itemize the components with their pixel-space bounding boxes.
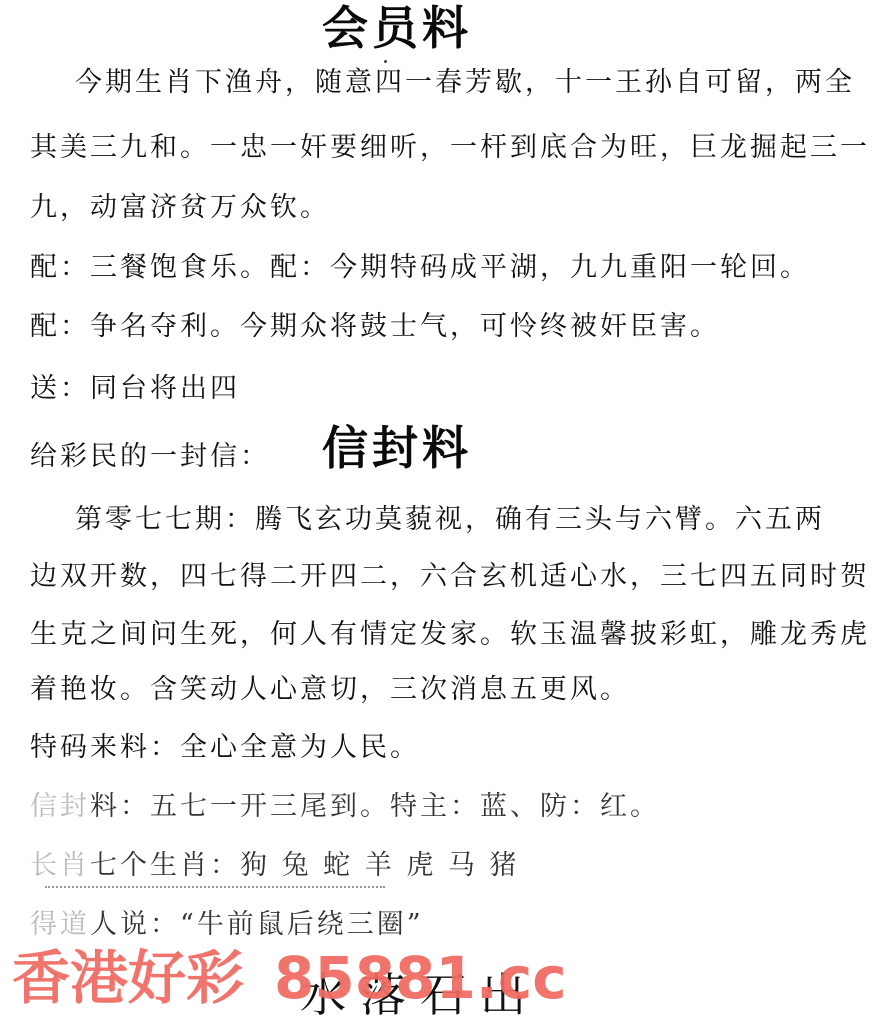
member-title: 会员料 <box>322 2 472 54</box>
zodiac-text: 七个生肖：狗 兔 蛇 羊 虎 马 猪 <box>90 850 520 881</box>
envelope-line-1: 第零七七期：腾飞玄功莫藐视，确有三头与六臂。六五两 <box>75 503 825 537</box>
watermark-brand: 香港好彩 <box>12 944 244 1012</box>
faded-label: 信封 <box>30 791 90 822</box>
pairing-line-1: 配：三餐饱食乐。配：今期特码成平湖，九九重阳一轮回。 <box>30 251 810 285</box>
member-line-1: 今期生肖下渔舟，随意四一春芳歇，十一王孙自可留，两全 <box>75 66 855 100</box>
pairing-line-2: 配：争名夺利。今期众将鼓士气，可怜终被奸臣害。 <box>30 310 720 344</box>
envelope-line-2: 边双开数，四七得二开四二，六合玄机适心水，三七四五同时贺 <box>30 560 870 594</box>
letter-intro: 给彩民的一封信： <box>30 440 270 474</box>
scan-speck <box>384 60 387 63</box>
envelope-line-4: 着艳妆。含笑动人心意切，三次消息五更风。 <box>30 673 630 707</box>
watermark-site: 85881.cc <box>274 944 567 1012</box>
special-code-line: 特码来料：全心全意为人民。 <box>30 731 420 765</box>
gift-line: 送：同台将出四 <box>30 372 240 406</box>
envelope-line-3: 生克之间问生死，何人有情定发家。软玉温馨披彩虹，雕龙秀虎 <box>30 618 870 652</box>
envelope-title: 信封料 <box>322 422 472 474</box>
watermark: 香港好彩85881.cc <box>12 943 567 1013</box>
faded-label: 得道 <box>30 909 90 940</box>
saying-text: 人说：“牛前鼠后绕三圈” <box>90 909 424 940</box>
member-line-2: 其美三九和。一忠一奸要细听，一杆到底合为旺，巨龙掘起三一 <box>30 131 870 165</box>
envelope-material-text: 料：五七一开三尾到。特主：蓝、防：红。 <box>90 791 660 822</box>
zodiac-line: 长肖七个生肖：狗 兔 蛇 羊 虎 马 猪 <box>30 849 520 883</box>
saying-line: 得道人说：“牛前鼠后绕三圈” <box>30 908 424 942</box>
faded-label: 长肖 <box>30 850 90 881</box>
envelope-material-line: 信封料：五七一开三尾到。特主：蓝、防：红。 <box>30 790 660 824</box>
member-line-3: 九，动富济贫万众钦。 <box>30 191 330 225</box>
scan-artifact <box>45 886 385 890</box>
